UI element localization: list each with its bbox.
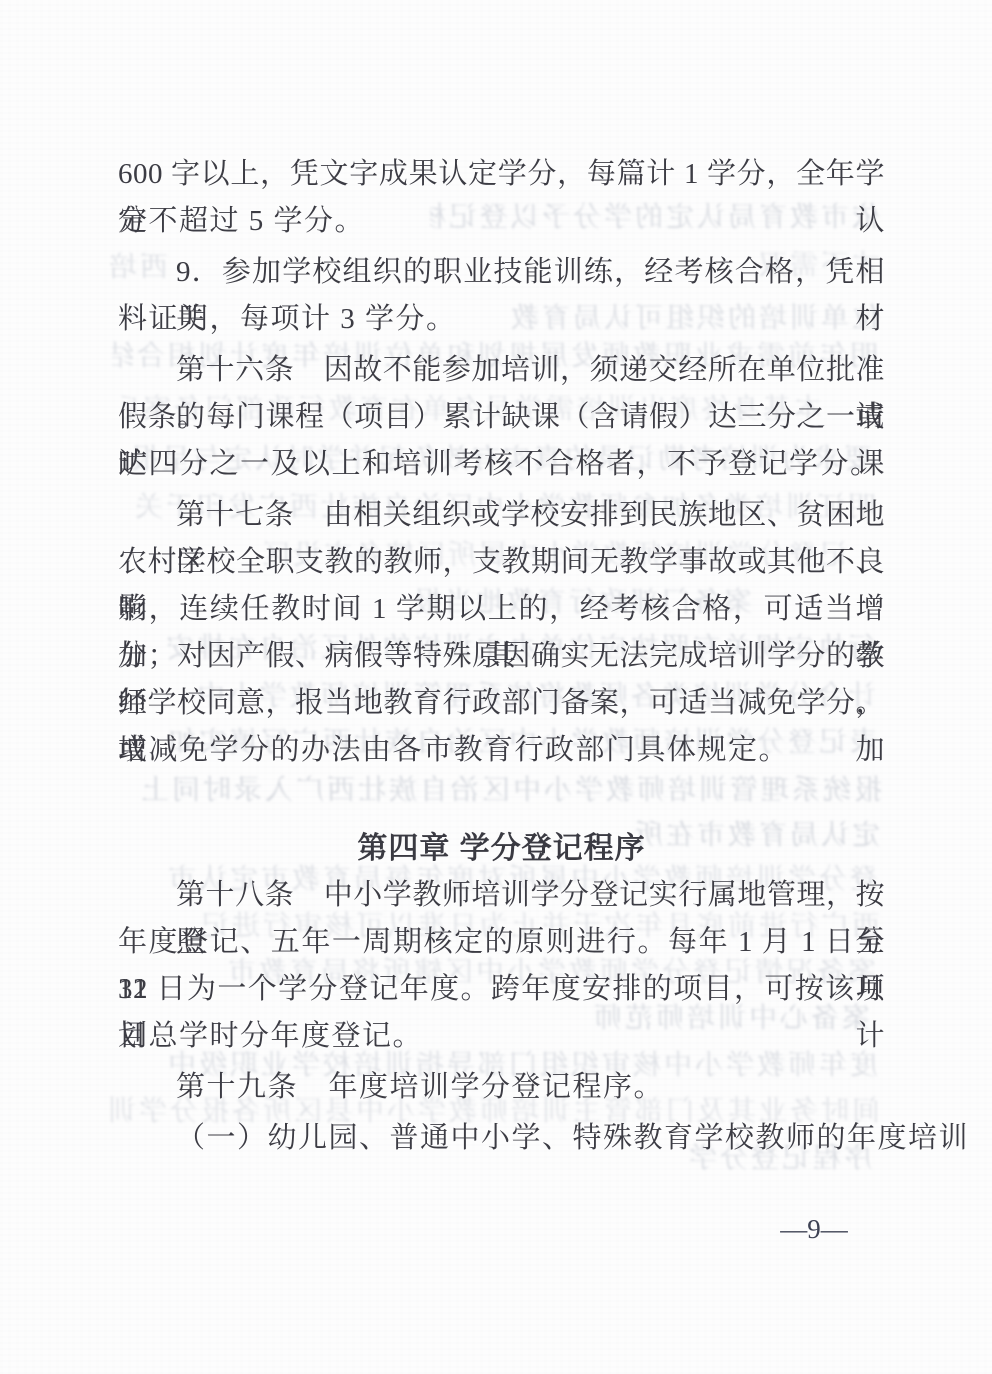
- article-18-line: 年度登记、五年一周期核定的原则进行。每年 1 月 1 日至 12 月: [118, 919, 885, 966]
- article-17-line: 响，连续任教时间 1 学期以上的，经考核合格，可适当增加其学: [118, 586, 885, 633]
- scanned-document-page: 依市教育局认定的学分予以登记核定西培才不需双位单训培的织组可认局育教明年前需求业…: [0, 0, 992, 1374]
- article-16-line: 第十六条 因故不能参加培训，须递交经所在单位批准的请: [118, 347, 885, 394]
- article-17-line: 第十七条 由相关组织或学校安排到民族地区、贫困地区、: [118, 492, 885, 539]
- chapter-heading: 第四章 学分登记程序: [118, 825, 885, 872]
- article-19-line: 第十九条 年度培训学分登记程序。: [118, 1064, 885, 1111]
- article-18-line: 第十八条 中小学教师培训学分登记实行属地管理，按照分: [118, 872, 885, 919]
- article-18-line: 31 日为一个学分登记年度。跨年度安排的项目，可按该项目计: [118, 966, 885, 1013]
- body-text-line: 600 字以上，凭文字成果认定学分，每篇计 1 学分，全年学分认: [118, 151, 885, 198]
- article-17-line: 农村学校全职支教的教师，支教期间无教学事故或其他不良影: [118, 539, 885, 586]
- document-body: 600 字以上，凭文字成果认定学分，每篇计 1 学分，全年学分认 定不超过 5 …: [0, 0, 992, 1162]
- article-17-line: 或减免学分的办法由各市教育行政部门具体规定。: [118, 727, 885, 774]
- body-text-line: 9．参加学校组织的职业技能训练，经考核合格，凭相关材: [118, 249, 885, 296]
- article-16-line: 达四分之一及以上和培训考核不合格者，不予登记学分。: [118, 441, 885, 488]
- page-number: —9—: [776, 1213, 852, 1245]
- body-text-line: （一）幼儿园、普通中小学、特殊教育学校教师的年度培训: [118, 1115, 885, 1162]
- article-16-line: 假条。每门课程（项目）累计缺课（含请假）达三分之一或旷课: [118, 394, 885, 441]
- article-17-line: 分；对因产假、病假等特殊原因确实无法完成培训学分的教师，: [118, 633, 885, 680]
- article-17-line: 经学校同意，报当地教育行政部门备案，可适当减免学分。增加: [118, 680, 885, 727]
